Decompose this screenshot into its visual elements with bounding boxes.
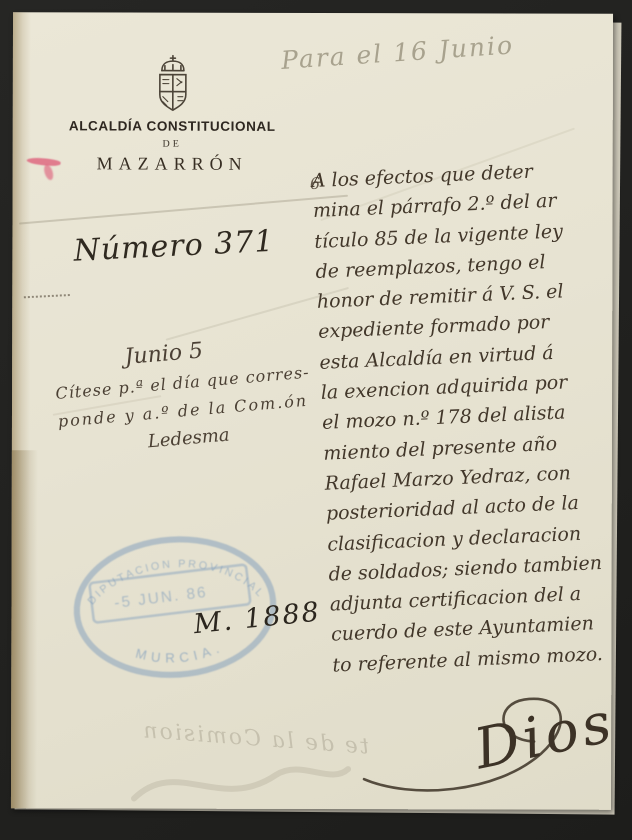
document-number-text: Número 371	[73, 224, 275, 269]
document-page: Para el 16 Junio ALCALDÍA CONSTITUCIONAL	[11, 12, 613, 810]
left-edge-stain-lower	[11, 450, 38, 808]
bleedthrough-signature	[126, 755, 356, 816]
letterhead-line3: MAZARRÓN	[65, 153, 280, 175]
closing-salutation: Dios	[356, 681, 631, 812]
svg-text:MURCIA.: MURCIA.	[133, 639, 226, 669]
lead-mark: 6	[309, 169, 320, 200]
stamp-date-text: -5 JUN. 86	[113, 584, 208, 612]
letterhead-line1: ALCALDÍA CONSTITUCIONAL	[65, 118, 280, 134]
crown-shield-crest-icon	[150, 55, 194, 115]
letterhead-line2: DE	[65, 138, 280, 150]
document-number: Número 371	[73, 224, 282, 304]
stamp-arc-bottom-text: MURCIA.	[133, 639, 226, 669]
margin-note: Junio 5 Cítese p.ª el día que corres- po…	[52, 327, 350, 460]
pencil-ghost-line	[19, 195, 348, 225]
bleedthrough-text: te de la Comision	[39, 711, 370, 760]
number-underline-dots	[24, 288, 70, 298]
red-ink-mark-tail	[42, 163, 55, 181]
photo-frame: Para el 16 Junio ALCALDÍA CONSTITUCIONAL	[0, 0, 632, 840]
letter-body: 6 A los efectos que deter mina el párraf…	[311, 153, 632, 680]
pencil-date-annotation: Para el 16 Junio	[280, 29, 541, 75]
letterhead: ALCALDÍA CONSTITUCIONAL DE MAZARRÓN	[65, 54, 280, 175]
